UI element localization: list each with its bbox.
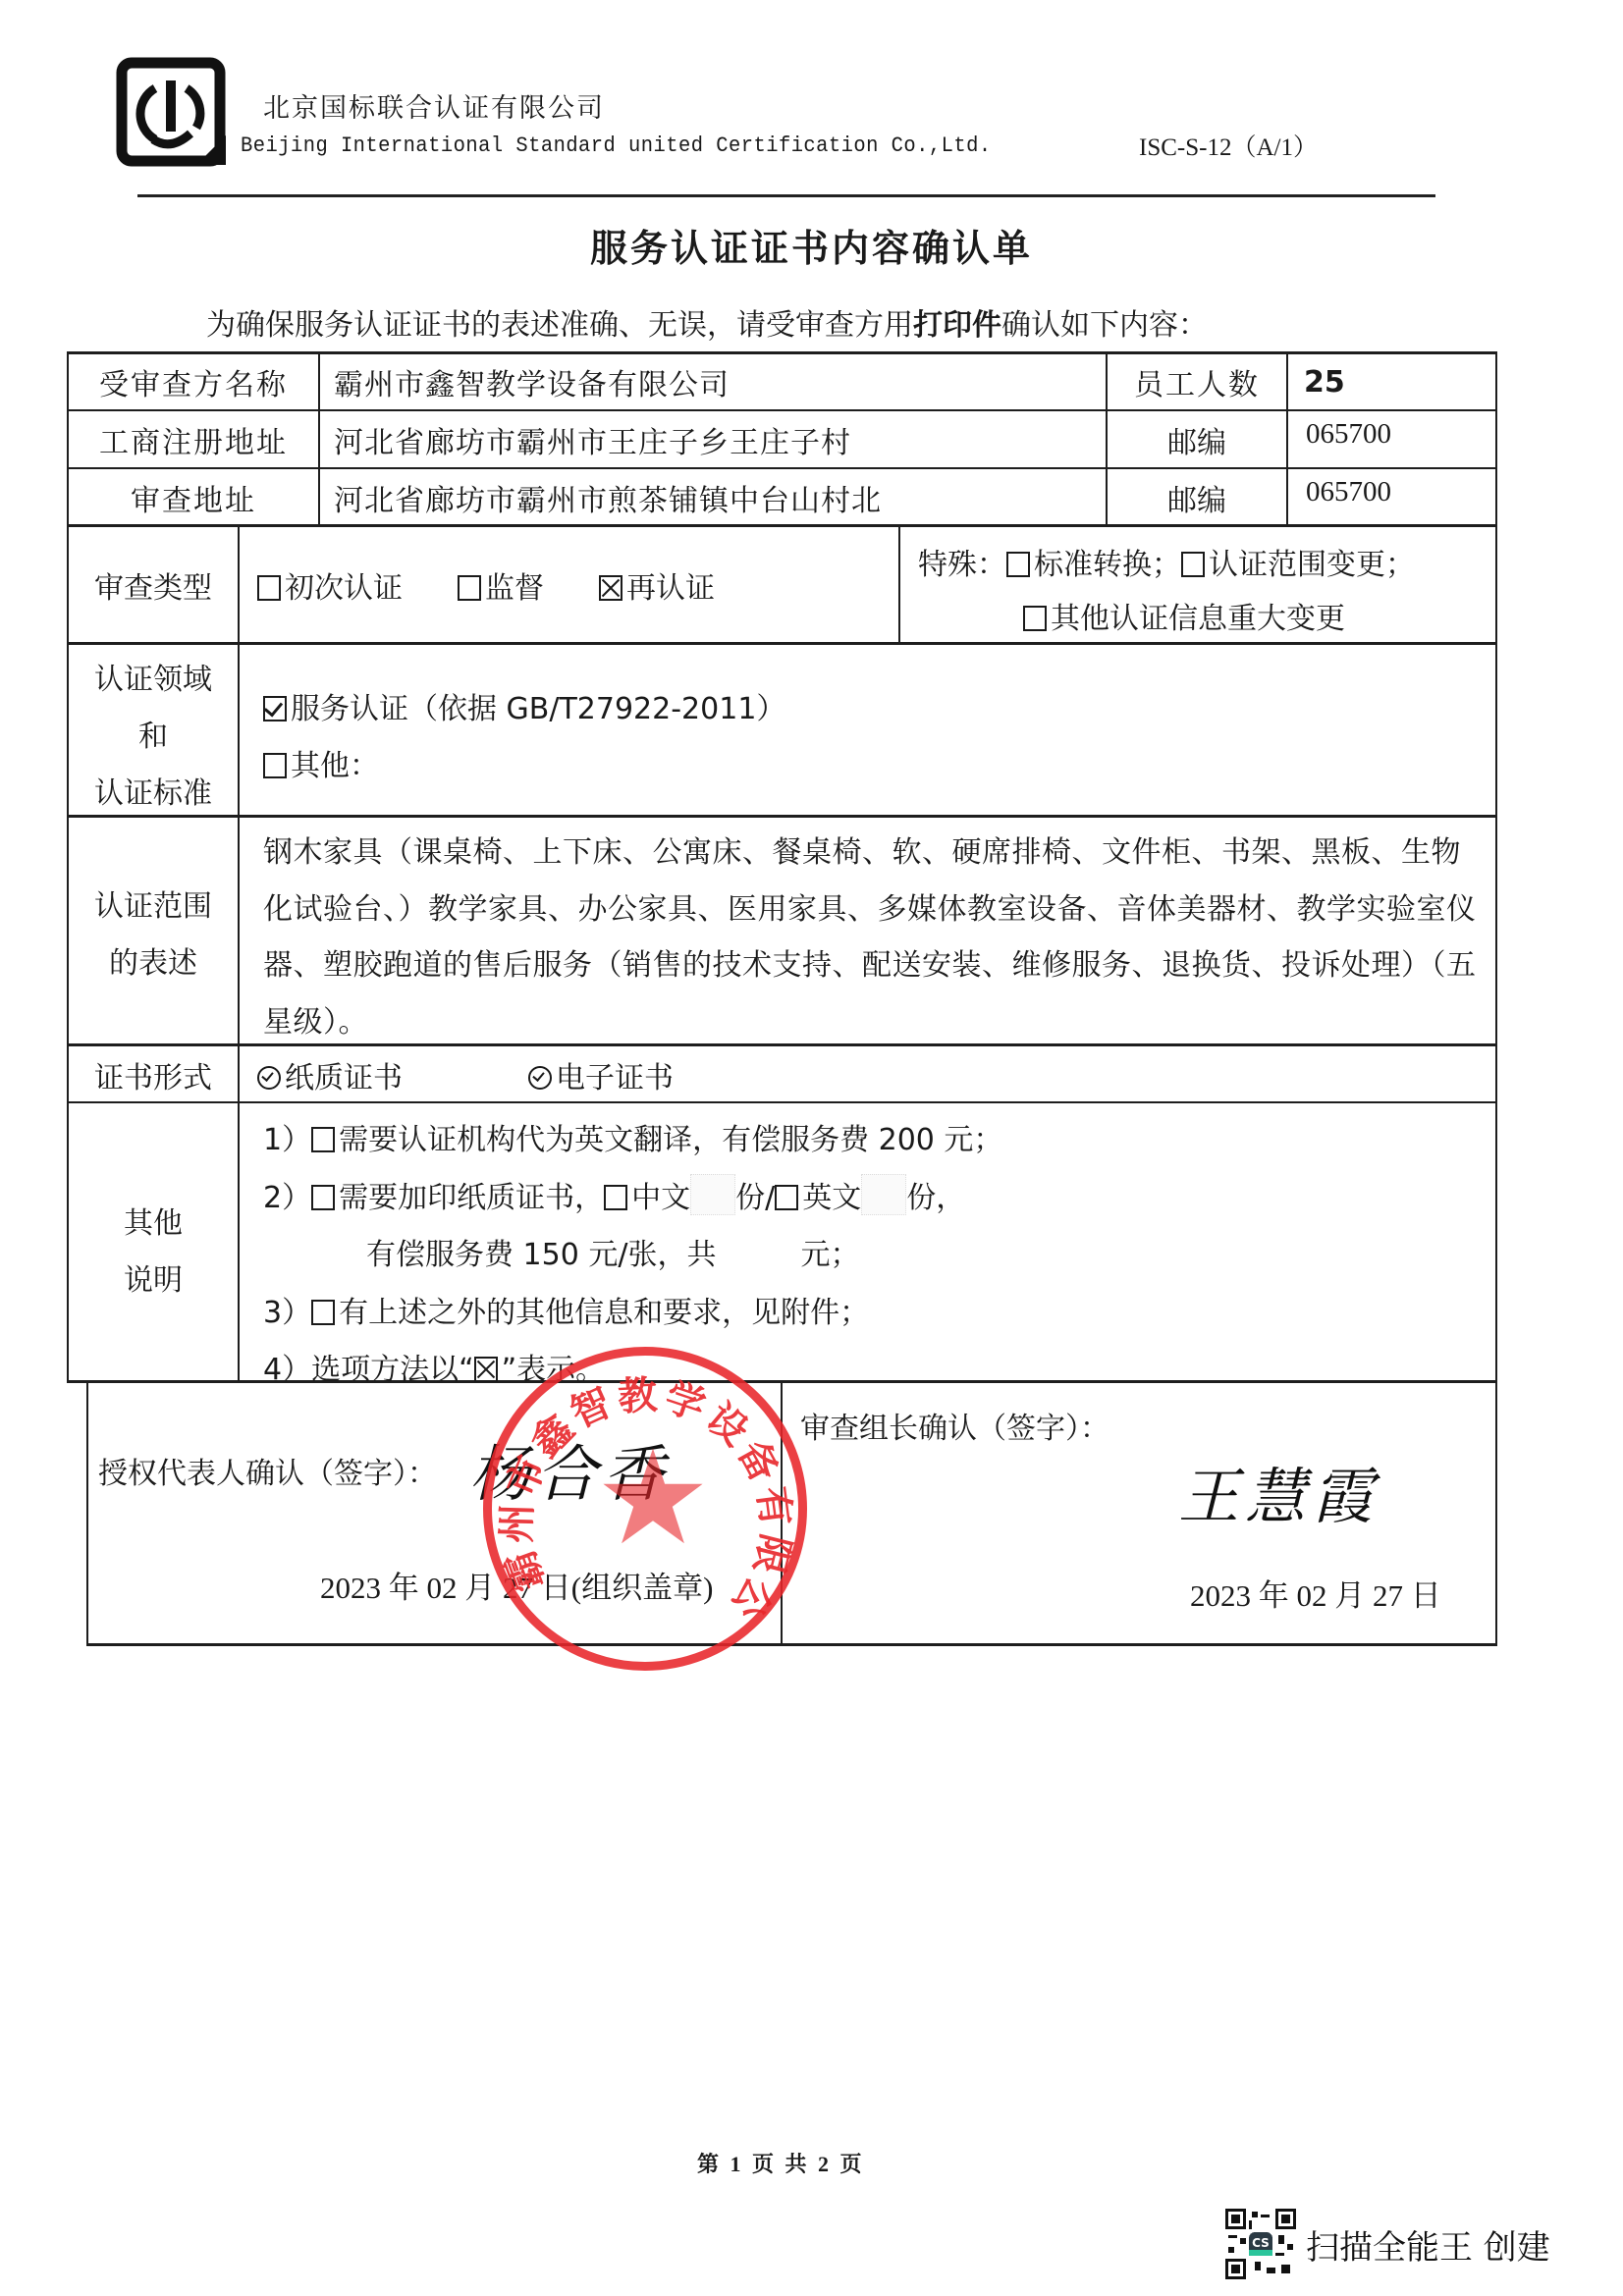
company-name-cn: 北京国标联合认证有限公司 [263, 86, 605, 125]
option-label: 纸质证书 [285, 1061, 403, 1095]
option-label: 服务认证（依据 GB/T27922-2011） [291, 692, 785, 726]
note-item-3: 3）有上述之外的其他信息和要求，见附件； [263, 1285, 1481, 1343]
option-label: 初次认证 [285, 571, 403, 606]
cert-form-option-electronic[interactable]: 电子证书 [528, 1053, 674, 1096]
checkbox-icon[interactable] [1006, 552, 1030, 577]
checkbox-icon[interactable] [1181, 552, 1205, 577]
item-text: 中文 [631, 1181, 690, 1215]
special-option-scope-change[interactable]: 认证范围变更； [1181, 548, 1415, 582]
option-label: 标准转换； [1034, 548, 1181, 582]
item-text: 需要认证机构代为英文翻译，有偿服务费 200 元； [339, 1123, 1002, 1157]
checkbox-icon[interactable] [311, 1300, 335, 1325]
qr-code-icon: CS [1225, 2209, 1296, 2279]
domain-label: 认证领域 和 认证标准 [69, 652, 238, 823]
postcode-value: 065700 [1306, 405, 1492, 462]
label-line: 认证领域 [69, 652, 238, 709]
item-text: 需要加印纸质证书， [339, 1181, 604, 1215]
audit-type-option-initial[interactable]: 初次认证 [257, 563, 403, 607]
leader-signature-date: 2023 年 02 月 27 日 [1190, 1571, 1441, 1615]
employee-count-label: 员工人数 [1108, 353, 1286, 410]
note-item-1: 1）需要认证机构代为英文翻译，有偿服务费 200 元； [263, 1112, 1481, 1170]
audit-type-label: 审查类型 [69, 527, 238, 643]
item-text: 份/ [735, 1181, 775, 1215]
label-line: 和 [69, 709, 238, 766]
svg-text:霸州市鑫智教学设备有限公司: 霸州市鑫智教学设备有限公司 [483, 1347, 799, 1630]
option-label: 认证范围变更； [1209, 548, 1415, 582]
cert-form-option-paper[interactable]: 纸质证书 [257, 1053, 403, 1096]
domain-options: 服务认证（依据 GB/T27922-2011） 其他： [263, 681, 785, 795]
label-line: 认证范围 [69, 879, 238, 935]
document-code: ISC-S-12（A/1） [1139, 128, 1318, 163]
table-line [67, 815, 1497, 818]
scope-label: 认证范围 的表述 [69, 879, 238, 992]
intro-before: 为确保服务认证证书的表述准确、无误，请受审查方用 [206, 308, 913, 343]
audit-type-option-surveillance[interactable]: 监督 [458, 563, 544, 607]
cert-form-label: 证书形式 [69, 1046, 238, 1102]
checkbox-icon[interactable] [263, 753, 287, 778]
table-line [238, 524, 240, 1382]
english-copies-input[interactable] [861, 1174, 906, 1215]
table-line [86, 1380, 88, 1645]
intro-bold: 打印件 [913, 308, 1001, 343]
label-line: 的表述 [69, 935, 238, 992]
audit-address-value: 河北省廊坊市霸州市煎茶铺镇中台山村北 [334, 469, 1100, 526]
auditee-name-label: 受审查方名称 [69, 353, 318, 410]
checkbox-icon[interactable] [257, 575, 281, 601]
audit-type-options: 初次认证 监督 再认证 [257, 527, 895, 643]
radio-checked-icon[interactable] [528, 1066, 552, 1090]
employee-count-value: 25 [1304, 353, 1490, 410]
option-label: 监督 [485, 571, 544, 606]
scope-description: 钢木家具（课桌椅、上下床、公寓床、餐桌椅、软、硬席排椅、文件柜、书架、黑板、生物… [263, 825, 1490, 1050]
checkbox-icon[interactable] [311, 1185, 335, 1210]
note-item-2: 2）需要加印纸质证书，中文份/英文份， [263, 1170, 1481, 1228]
special-prefix: 特殊： [918, 548, 1006, 582]
checkbox-checked-icon[interactable] [263, 696, 287, 721]
leader-signature-label: 审查组长确认（签字）： [800, 1404, 1109, 1447]
item-prefix: 2） [263, 1181, 311, 1215]
option-label: 其他认证信息重大变更 [1051, 602, 1345, 636]
option-label: 再认证 [626, 571, 715, 606]
item-text: 英文 [802, 1181, 861, 1215]
option-label: 其他： [291, 749, 379, 783]
cert-form-options: 纸质证书 电子证书 [257, 1046, 1435, 1102]
note-item-4: 4）选项方法以“”表示。 [263, 1342, 1481, 1400]
special-option-standard-transition[interactable]: 标准转换； [1006, 548, 1181, 582]
chinese-copies-input[interactable] [690, 1174, 735, 1215]
label-line: 说明 [69, 1253, 238, 1309]
audit-type-option-recert[interactable]: 再认证 [599, 563, 715, 607]
radio-checked-icon[interactable] [257, 1066, 281, 1090]
item-text: 有偿服务费 150 元/张，共 [366, 1238, 716, 1272]
checkbox-crossed-icon[interactable] [599, 575, 622, 601]
checkbox-icon[interactable] [775, 1185, 798, 1210]
checkbox-icon[interactable] [311, 1127, 335, 1152]
intro-text: 为确保服务认证证书的表述准确、无误，请受审查方用打印件确认如下内容： [206, 300, 1208, 344]
other-notes-label: 其他 说明 [69, 1196, 238, 1309]
table-line [1286, 351, 1288, 526]
note-item-2-fee: 有偿服务费 150 元/张，共元； [263, 1227, 1481, 1285]
item-text: 有上述之外的其他信息和要求，见附件； [339, 1296, 869, 1330]
item-text: 4）选项方法以“ [263, 1353, 474, 1387]
checkbox-icon[interactable] [1023, 606, 1047, 631]
item-text: 份， [906, 1181, 965, 1215]
page-number: 第 1 页 共 2 页 [697, 2148, 865, 2178]
page-title: 服务认证证书内容确认单 [0, 218, 1623, 272]
auditee-name-value: 霸州市鑫智教学设备有限公司 [334, 353, 1100, 410]
isc-logo-icon [116, 57, 226, 167]
item-prefix: 3） [263, 1296, 311, 1330]
postcode-value: 065700 [1306, 463, 1492, 520]
header-divider [137, 194, 1435, 197]
table-line [318, 351, 320, 526]
special-option-other-change[interactable]: 其他认证信息重大变更 [1023, 602, 1345, 636]
qr-badge-text: CS [1252, 2236, 1270, 2250]
postcode-label: 邮编 [1108, 469, 1286, 526]
label-line: 认证标准 [69, 766, 238, 823]
item-prefix: 1） [263, 1123, 311, 1157]
intro-after: 确认如下内容： [1001, 308, 1208, 343]
reg-address-label: 工商注册地址 [69, 411, 318, 468]
other-notes-list: 1）需要认证机构代为英文翻译，有偿服务费 200 元； 2）需要加印纸质证书，中… [263, 1112, 1481, 1400]
domain-option-other[interactable]: 其他： [263, 738, 785, 795]
label-line: 其他 [69, 1196, 238, 1253]
special-options: 特殊：标准转换；认证范围变更； 其他认证信息重大变更 [918, 538, 1497, 646]
reg-address-value: 河北省廊坊市霸州市王庄子乡王庄子村 [334, 411, 1100, 468]
audit-address-label: 审查地址 [69, 469, 318, 526]
checkbox-icon[interactable] [604, 1185, 627, 1210]
company-name-en: Beijing International Standard united Ce… [241, 133, 992, 158]
table-line [898, 524, 900, 644]
option-label: 电子证书 [556, 1061, 674, 1095]
seal-text: 霸州市鑫智教学设备有限公司 [483, 1347, 807, 1671]
item-text: 元； [800, 1238, 859, 1272]
leader-signature: 王慧霞 [1178, 1448, 1379, 1535]
domain-option-service[interactable]: 服务认证（依据 GB/T27922-2011） [263, 681, 785, 738]
postcode-label: 邮编 [1108, 411, 1286, 468]
scanner-watermark: 扫描全能王 创建 [1306, 2220, 1550, 2269]
seal-text-path: 霸州市鑫智教学设备有限公司 [483, 1347, 799, 1630]
rep-signature-label: 授权代表人确认（签字）： [98, 1449, 437, 1492]
checkbox-icon[interactable] [458, 575, 481, 601]
